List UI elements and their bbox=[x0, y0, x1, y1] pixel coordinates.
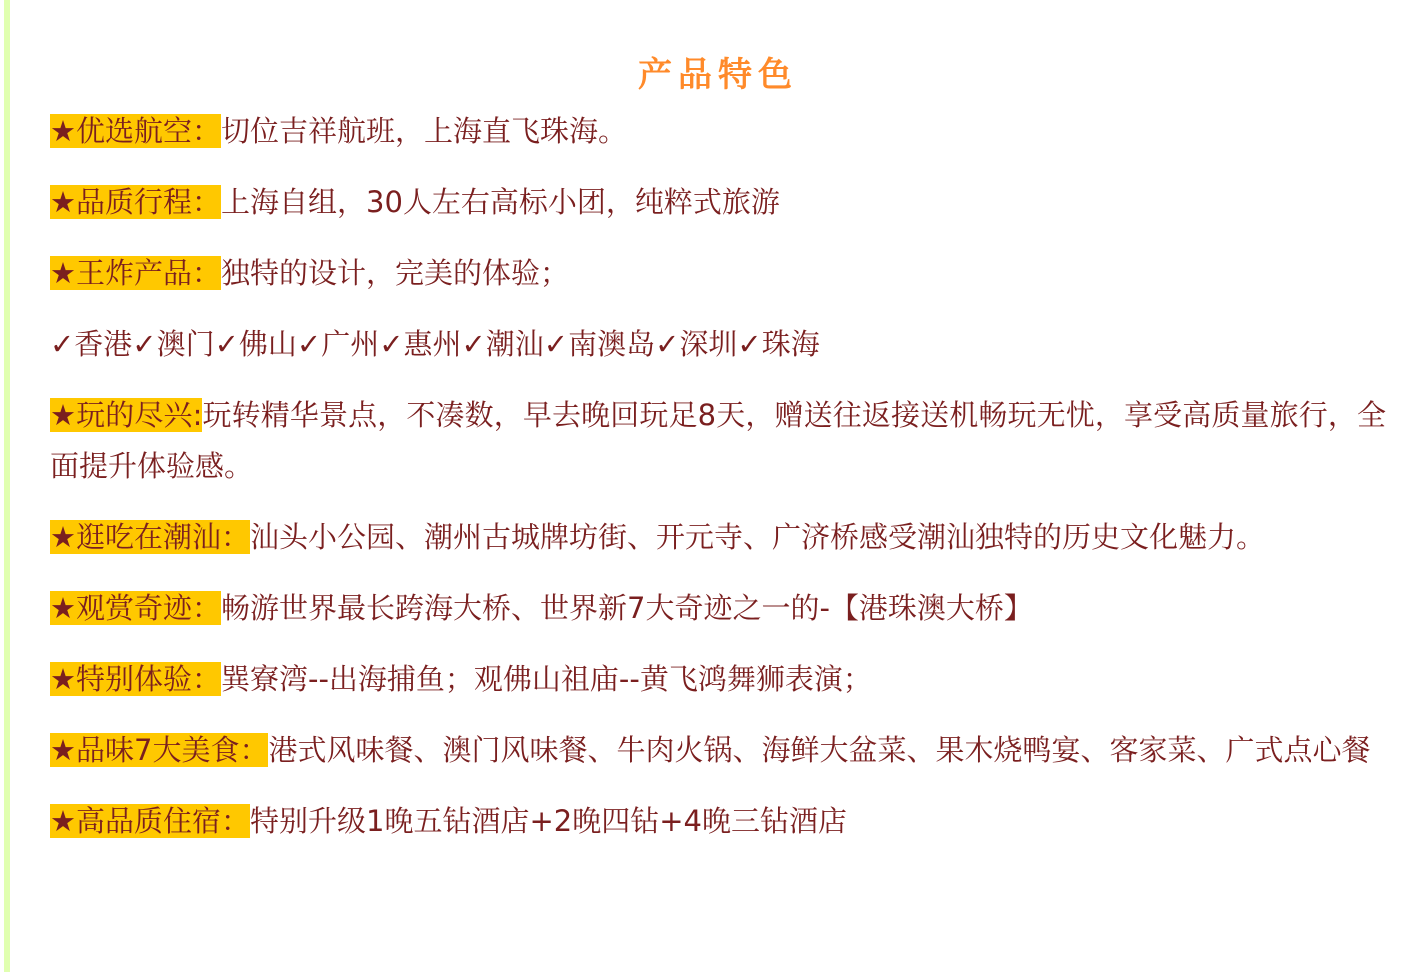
feature-label: ★品质行程： bbox=[50, 185, 221, 219]
destination-list: ✓香港✓澳门✓佛山✓广州✓惠州✓潮汕✓南澳岛✓深圳✓珠海 bbox=[50, 327, 820, 361]
feature-label: ★品味7大美食： bbox=[50, 733, 268, 767]
feature-body: 上海自组，30人左右高标小团，纯粹式旅游 bbox=[221, 185, 780, 219]
feature-body: 独特的设计，完美的体验； bbox=[221, 256, 569, 290]
section-title-text: 产品特色 bbox=[638, 50, 798, 100]
feature-row-chaoshan: ★逛吃在潮汕：汕头小公园、潮州古城牌坊街、开元寺、广济桥感受潮汕独特的历史文化魅… bbox=[50, 512, 1386, 563]
section-title: 产品特色 bbox=[50, 50, 1386, 100]
feature-row-destinations: ✓香港✓澳门✓佛山✓广州✓惠州✓潮汕✓南澳岛✓深圳✓珠海 bbox=[50, 319, 1386, 370]
feature-row-itinerary: ★品质行程：上海自组，30人左右高标小团，纯粹式旅游 bbox=[50, 177, 1386, 228]
feature-label: ★王炸产品： bbox=[50, 256, 221, 290]
feature-row-hotel: ★高品质住宿：特别升级1晚五钻酒店+2晚四钻+4晚三钻酒店 bbox=[50, 796, 1386, 847]
feature-label: ★高品质住宿： bbox=[50, 804, 250, 838]
feature-body: 切位吉祥航班，上海直飞珠海。 bbox=[221, 114, 627, 148]
feature-row-airline: ★优选航空：切位吉祥航班，上海直飞珠海。 bbox=[50, 106, 1386, 157]
feature-label: ★观赏奇迹： bbox=[50, 591, 221, 625]
feature-body: 巽寮湾--出海捕鱼；观佛山祖庙--黄飞鸿舞狮表演； bbox=[221, 662, 872, 696]
feature-row-product: ★王炸产品：独特的设计，完美的体验； bbox=[50, 248, 1386, 299]
feature-label: ★特别体验： bbox=[50, 662, 221, 696]
feature-body: 特别升级1晚五钻酒店+2晚四钻+4晚三钻酒店 bbox=[250, 804, 847, 838]
feature-label: ★优选航空： bbox=[50, 114, 221, 148]
feature-body: 港式风味餐、澳门风味餐、牛肉火锅、海鲜大盆菜、果木烧鸭宴、客家菜、广式点心餐 bbox=[268, 733, 1370, 767]
feature-label: ★逛吃在潮汕： bbox=[50, 520, 250, 554]
feature-row-food: ★品味7大美食：港式风味餐、澳门风味餐、牛肉火锅、海鲜大盆菜、果木烧鸭宴、客家菜… bbox=[50, 725, 1386, 776]
feature-body: 汕头小公园、潮州古城牌坊街、开元寺、广济桥感受潮汕独特的历史文化魅力。 bbox=[250, 520, 1265, 554]
feature-body: 畅游世界最长跨海大桥、世界新7大奇迹之一的-【港珠澳大桥】 bbox=[221, 591, 1033, 625]
left-accent-border bbox=[4, 0, 10, 972]
feature-row-enjoy: ★玩的尽兴:玩转精华景点，不凑数，早去晚回玩足8天，赠送往返接送机畅玩无忧，享受… bbox=[50, 390, 1386, 492]
product-features-section: 产品特色 ★优选航空：切位吉祥航班，上海直飞珠海。 ★品质行程：上海自组，30人… bbox=[50, 0, 1386, 847]
feature-row-wonder: ★观赏奇迹：畅游世界最长跨海大桥、世界新7大奇迹之一的-【港珠澳大桥】 bbox=[50, 583, 1386, 634]
feature-row-experience: ★特别体验：巽寮湾--出海捕鱼；观佛山祖庙--黄飞鸿舞狮表演； bbox=[50, 654, 1386, 705]
feature-label: ★玩的尽兴: bbox=[50, 398, 202, 432]
feature-body: 玩转精华景点，不凑数，早去晚回玩足8天，赠送往返接送机畅玩无忧，享受高质量旅行，… bbox=[50, 398, 1386, 483]
